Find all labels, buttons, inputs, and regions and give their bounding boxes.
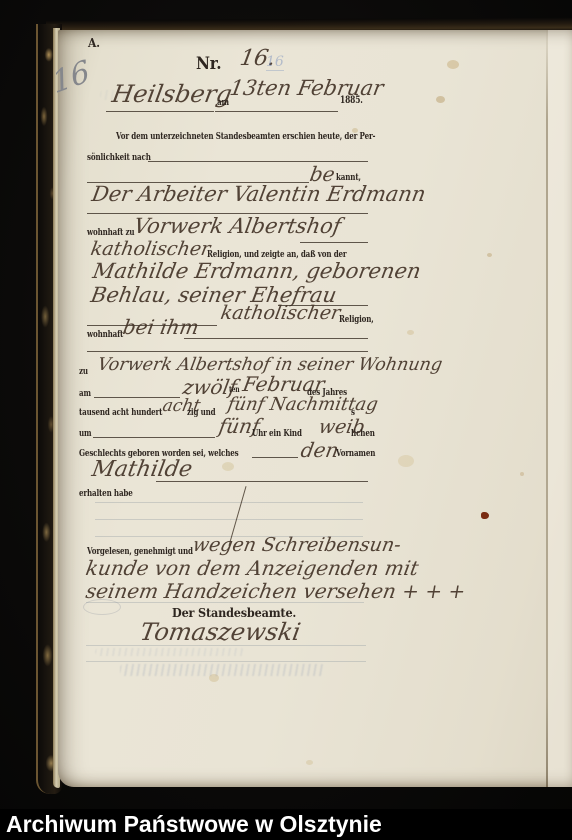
foxing-stain bbox=[407, 330, 414, 335]
closing-hw-2: kunde von dem Anzeigenden mit bbox=[84, 556, 421, 580]
faint-rule bbox=[86, 602, 364, 603]
religion-1-value: katholischer bbox=[89, 238, 212, 260]
foxing-stain bbox=[447, 60, 459, 69]
facing-page-edge bbox=[548, 30, 572, 787]
stamp-ghost-number: 16 bbox=[266, 54, 284, 71]
birthplace-prefix: zu bbox=[79, 366, 88, 377]
faint-rule bbox=[95, 502, 363, 503]
blank-line bbox=[184, 338, 368, 339]
birth-am-label: am bbox=[79, 388, 91, 399]
foxing-stain bbox=[520, 472, 524, 476]
thousand-label: tausend acht hundert bbox=[79, 407, 162, 418]
foxing-stain bbox=[222, 462, 234, 471]
archive-bar: Archiwum Państwowe w Olsztynie bbox=[0, 809, 572, 840]
faint-rule bbox=[86, 645, 366, 646]
registrar-signature: Tomaszewski bbox=[138, 618, 303, 646]
closing-hw-3: seinem Handzeichen versehen + + + bbox=[84, 579, 467, 603]
blank-line bbox=[156, 481, 368, 482]
ink-bleed-ghost bbox=[95, 648, 245, 656]
unit-value: fünf Nachmittag bbox=[226, 394, 380, 415]
uhr-label: Uhr ein Kind bbox=[252, 428, 302, 439]
declarant-name: Der Arbeiter Valentin Erdmann bbox=[90, 182, 428, 206]
child-name: Mathilde bbox=[90, 457, 194, 482]
scanned-register-photo: A. 16 Nr. 16. 16 Heilsberg am 13ten Febr… bbox=[0, 0, 572, 840]
faint-rule bbox=[86, 661, 366, 662]
intro-line-2: sönlichkeit nach bbox=[87, 152, 151, 163]
vornamen-label: Vornamen bbox=[336, 448, 375, 459]
ink-bleed-ghost bbox=[120, 664, 325, 676]
foxing-stain bbox=[398, 455, 414, 467]
faint-rule bbox=[95, 519, 363, 520]
intro-line-1: Vor dem unterzeichneten Standesbeamten e… bbox=[116, 131, 375, 142]
erhalten-label: erhalten habe bbox=[79, 488, 133, 499]
ten-suffix: ten bbox=[229, 384, 240, 394]
blank-line bbox=[215, 111, 338, 112]
religion-2-value: katholischer bbox=[219, 302, 342, 324]
foxing-stain bbox=[306, 760, 313, 765]
place-name: Heilsberg bbox=[110, 80, 234, 108]
blank-line bbox=[106, 111, 214, 112]
foxing-stain bbox=[487, 253, 492, 257]
blank-line bbox=[93, 437, 215, 438]
archive-bar-label: Archiwum Państwowe w Olsztynie bbox=[6, 809, 382, 840]
religion-2-label: Religion, bbox=[339, 314, 374, 325]
residence-label: wohnhaft zu bbox=[87, 227, 134, 238]
den-value: den bbox=[299, 438, 341, 462]
blank-line bbox=[87, 351, 368, 352]
closing-hw-1: wegen Schreibensun- bbox=[191, 534, 403, 556]
ink-spot bbox=[481, 512, 489, 519]
residence-value: Vorwerk Albertshof bbox=[132, 214, 343, 238]
corner-letter: A. bbox=[88, 36, 100, 50]
blank-line bbox=[300, 242, 368, 243]
record-number-label: Nr. bbox=[196, 54, 221, 74]
residence-2-value: bei ihm bbox=[121, 315, 201, 339]
mother-name-line: Mathilde Erdmann, geborenen bbox=[91, 259, 423, 283]
blank-line bbox=[252, 457, 298, 458]
foxing-stain bbox=[436, 96, 445, 103]
lichen-label: lichen bbox=[351, 428, 375, 439]
zig-label: zig und bbox=[187, 407, 216, 418]
year-value: 1885. bbox=[340, 95, 363, 106]
residence-2-label: wohnhaft bbox=[87, 329, 123, 340]
um-label: um bbox=[79, 428, 91, 439]
